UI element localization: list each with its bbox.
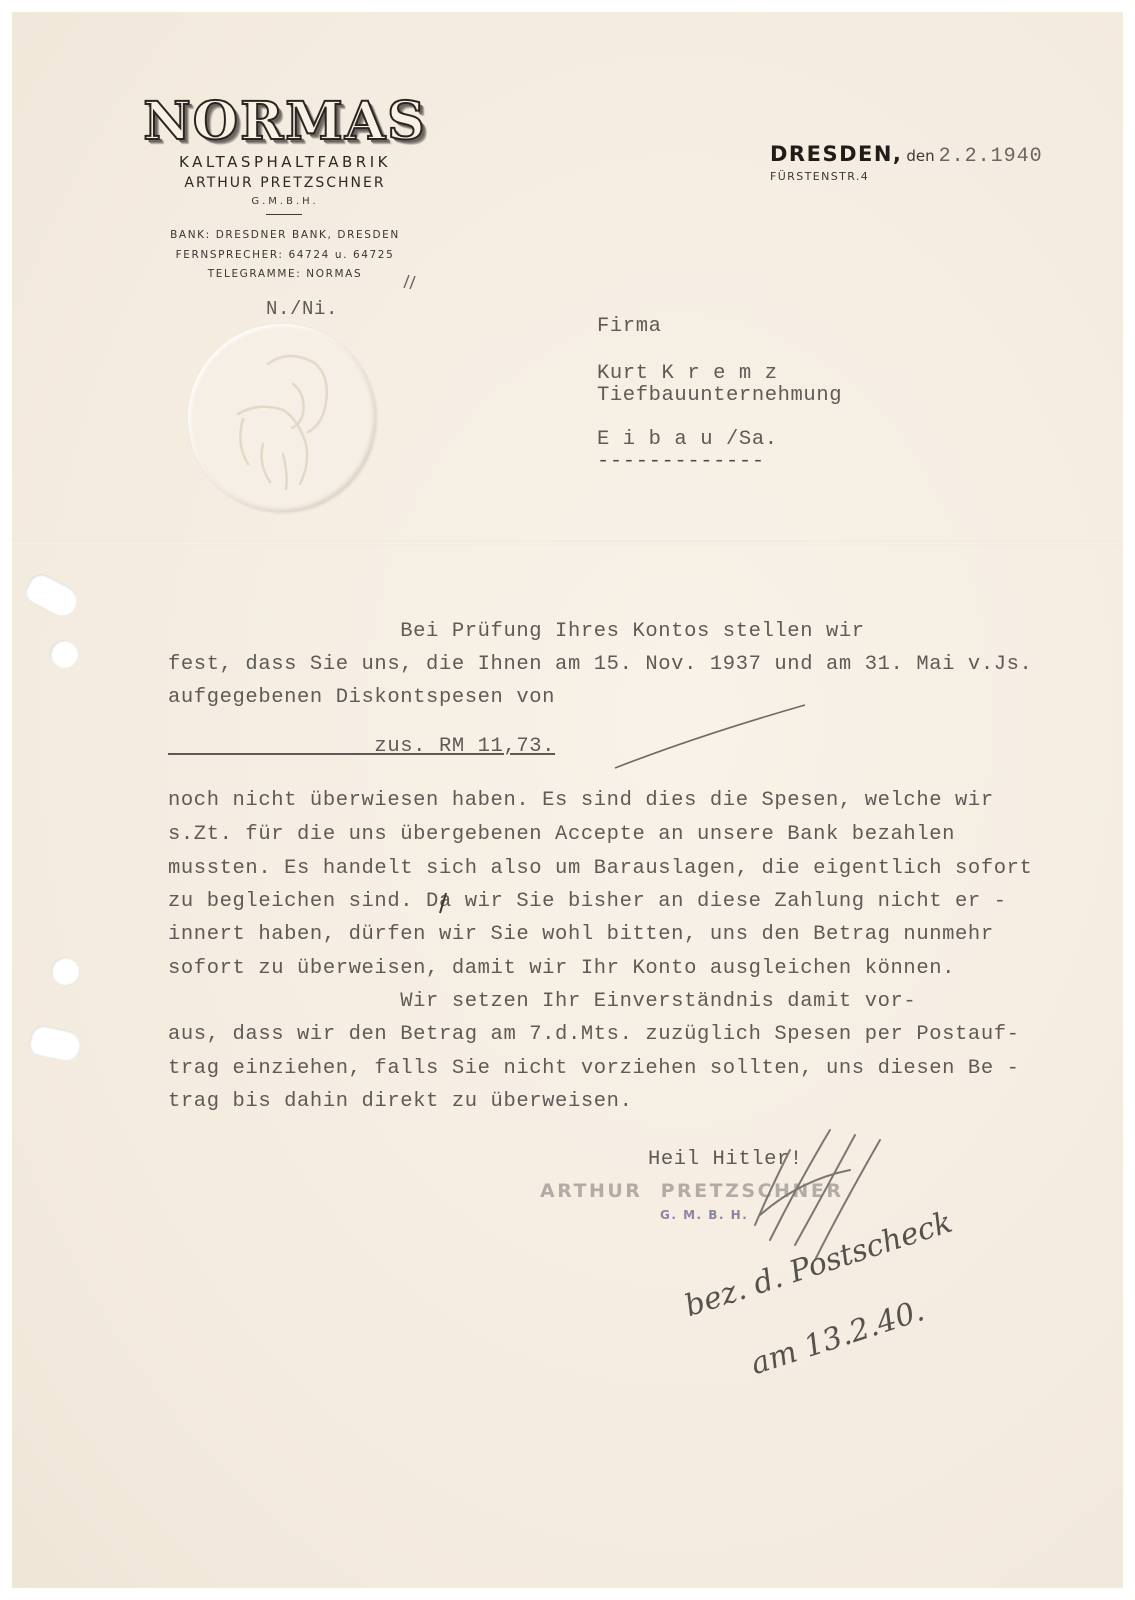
body-line: s.Zt. für die uns übergebenen Accepte an… xyxy=(168,823,955,846)
company-subtitle: KALTASPHALTFABRIK xyxy=(120,153,450,171)
paper-fold xyxy=(12,540,1123,546)
recipient-underline: ------------- xyxy=(597,450,765,473)
body-line: sofort zu überweisen, damit wir Ihr Kont… xyxy=(168,957,955,980)
bank-info: BANK: DRESDNER BANK, DRESDEN xyxy=(120,229,450,241)
body-line: aufgegebenen Diskontspesen von xyxy=(168,686,555,709)
recipient-city: E i b a u /Sa. xyxy=(597,428,778,451)
body-line: Wir setzen Ihr Einverständnis damit vor- xyxy=(168,990,916,1013)
punch-hole xyxy=(50,640,78,668)
embossed-lion-seal xyxy=(188,324,376,512)
company-stamp-form: G. M. B. H. xyxy=(660,1208,748,1222)
lion-icon xyxy=(188,324,376,512)
pencil-mark-icon xyxy=(400,272,420,292)
body-line: innert haben, dürfen wir Sie wohl bitten… xyxy=(168,923,994,946)
punch-hole xyxy=(51,957,79,985)
recipient-business: Tiefbauunternehmung xyxy=(597,384,842,407)
company-stamp: ARTHUR PRETZSCHNER xyxy=(540,1180,843,1202)
body-line: trag bis dahin direkt zu überweisen. xyxy=(168,1090,632,1113)
body-line: trag einziehen, falls Sie nicht vorziehe… xyxy=(168,1057,1020,1080)
place-date: DRESDEN, den 2.2.1940 xyxy=(770,142,1043,168)
body-line: aus, dass wir den Betrag am 7.d.Mts. zuz… xyxy=(168,1023,1020,1046)
company-legal-form: G.M.B.H. xyxy=(120,196,450,207)
recipient-name: Kurt K r e m z xyxy=(597,362,778,385)
body-line: mussten. Es handelt sich also um Barausl… xyxy=(168,857,1032,880)
street-address: FÜRSTENSTR.4 xyxy=(770,170,869,183)
city: DRESDEN, xyxy=(770,142,902,166)
body-line: fest, dass Sie uns, die Ihnen am 15. Nov… xyxy=(168,653,1032,676)
recipient-firma: Firma xyxy=(597,315,662,338)
letter-date: 2.2.1940 xyxy=(939,145,1043,168)
phone-info: FERNSPRECHER: 64724 u. 64725 xyxy=(120,249,450,261)
reference-mark: N./Ni. xyxy=(266,298,338,320)
company-logo: NORMAS xyxy=(120,96,450,148)
company-name: ARTHUR PRETZSCHNER xyxy=(120,175,450,191)
den-label: den xyxy=(906,147,934,165)
amount-line: zus. RM 11,73. xyxy=(168,735,555,758)
salutation: Heil Hitler! xyxy=(648,1148,803,1171)
body-line: noch nicht überwiesen haben. Es sind die… xyxy=(168,789,994,812)
body-line: Bei Prüfung Ihres Kontos stellen wir xyxy=(168,620,865,643)
body-line: zu begleichen sind. Da wir Sie bisher an… xyxy=(168,890,1007,913)
letterhead-divider xyxy=(266,214,302,215)
